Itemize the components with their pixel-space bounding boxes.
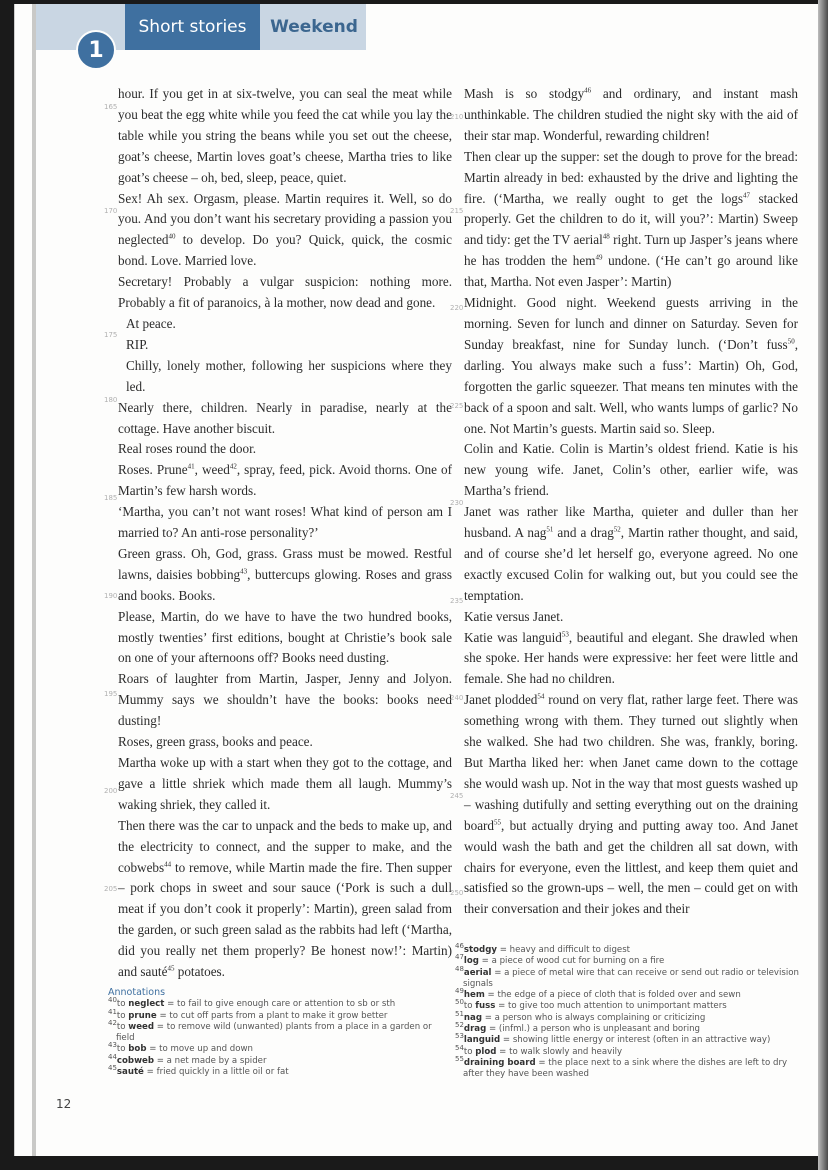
story-paragraph: Then clear up the supper: set the dough … (464, 147, 798, 293)
story-paragraph: Chilly, lonely mother, following her sus… (118, 356, 452, 398)
annotation-item: 52drag = (infml.) a person who is unplea… (455, 1024, 800, 1035)
page-number: 12 (56, 1097, 71, 1111)
story-paragraph: Martha woke up with a start when they go… (118, 753, 452, 816)
annotation-item: 47log = a piece of wood cut for burning … (455, 956, 800, 967)
annotation-item: 40to neglect = to fail to give enough ca… (108, 999, 448, 1010)
annotation-item: 53languid = showing little energy or int… (455, 1035, 800, 1046)
story-paragraph: Real roses round the door. (118, 439, 452, 460)
story-paragraph: Midnight. Good night. Weekend guests arr… (464, 293, 798, 439)
story-paragraph: ‘Martha, you can’t not want roses! What … (118, 502, 452, 544)
section-label: Short stories (125, 4, 260, 50)
line-number: 165 (104, 103, 117, 111)
story-paragraph: Please, Martin, do we have to have the t… (118, 607, 452, 670)
annotation-item: 49hem = the edge of a piece of cloth tha… (455, 990, 800, 1001)
annotations-right: 46stodgy = heavy and difficult to digest… (455, 945, 800, 1081)
annotation-item: 45sauté = fried quickly in a little oil … (108, 1067, 448, 1078)
annotation-item: 48aerial = a piece of metal wire that ca… (455, 968, 800, 991)
line-number: 225 (450, 402, 463, 410)
page-right-shadow (818, 0, 828, 1170)
line-number: 210 (450, 113, 463, 121)
line-number: 215 (450, 207, 463, 215)
story-paragraph: Katie versus Janet. (464, 607, 798, 628)
annotation-item: 55draining board = the place next to a s… (455, 1058, 800, 1081)
unit-number-badge: 1 (76, 30, 116, 70)
annotation-item: 46stodgy = heavy and difficult to digest (455, 945, 800, 956)
line-number: 175 (104, 331, 117, 339)
annotation-list: 40to neglect = to fail to give enough ca… (108, 999, 448, 1078)
line-number: 240 (450, 694, 463, 702)
story-paragraph: Sex! Ah sex. Orgasm, please. Martin requ… (118, 189, 452, 273)
annotation-list: 46stodgy = heavy and difficult to digest… (455, 945, 800, 1081)
annotations-heading: Annotations (108, 987, 448, 998)
story-text-left-column: hour. If you get in at six-twelve, you c… (118, 84, 452, 983)
line-number: 245 (450, 792, 463, 800)
story-paragraph: Roars of laughter from Martin, Jasper, J… (118, 669, 452, 732)
story-paragraph: Nearly there, children. Nearly in paradi… (118, 398, 452, 440)
line-number: 205 (104, 885, 117, 893)
annotation-item: 44cobweb = a net made by a spider (108, 1056, 448, 1067)
story-paragraph: Then there was the car to unpack and the… (118, 816, 452, 983)
annotation-item: 50to fuss = to give too much attention t… (455, 1001, 800, 1012)
story-title: Weekend (262, 4, 366, 50)
line-number: 220 (450, 304, 463, 312)
story-text-right-column: Mash is so stodgy46 and ordinary, and in… (464, 84, 798, 920)
story-paragraph: Roses. Prune41, weed42, spray, feed, pic… (118, 460, 452, 502)
story-paragraph: Janet plodded54 round on very flat, rath… (464, 690, 798, 920)
story-paragraph: At peace. (118, 314, 452, 335)
story-paragraph: Janet was rather like Martha, quieter an… (464, 502, 798, 607)
line-number: 185 (104, 494, 117, 502)
story-paragraph: Colin and Katie. Colin is Martin’s oldes… (464, 439, 798, 502)
line-number: 190 (104, 592, 117, 600)
line-number: 195 (104, 690, 117, 698)
line-number: 250 (450, 889, 463, 897)
line-number: 170 (104, 207, 117, 215)
annotation-item: 54to plod = to walk slowly and heavily (455, 1047, 800, 1058)
story-paragraph: Green grass. Oh, God, grass. Grass must … (118, 544, 452, 607)
story-paragraph: Secretary! Probably a vulgar suspicion: … (118, 272, 452, 314)
page-gutter (32, 4, 36, 1156)
story-paragraph: Mash is so stodgy46 and ordinary, and in… (464, 84, 798, 147)
story-paragraph: Katie was languid53, beautiful and elega… (464, 628, 798, 691)
line-number: 180 (104, 396, 117, 404)
story-paragraph: RIP. (118, 335, 452, 356)
story-paragraph: Roses, green grass, books and peace. (118, 732, 452, 753)
annotation-item: 51nag = a person who is always complaini… (455, 1013, 800, 1024)
annotation-item: 43to bob = to move up and down (108, 1044, 448, 1055)
annotations-left: Annotations 40to neglect = to fail to gi… (108, 987, 448, 1078)
annotation-item: 42to weed = to remove wild (unwanted) pl… (108, 1022, 448, 1045)
line-number: 230 (450, 499, 463, 507)
annotation-item: 41to prune = to cut off parts from a pla… (108, 1011, 448, 1022)
line-number: 235 (450, 597, 463, 605)
story-paragraph: hour. If you get in at six-twelve, you c… (118, 84, 452, 189)
line-number: 200 (104, 787, 117, 795)
